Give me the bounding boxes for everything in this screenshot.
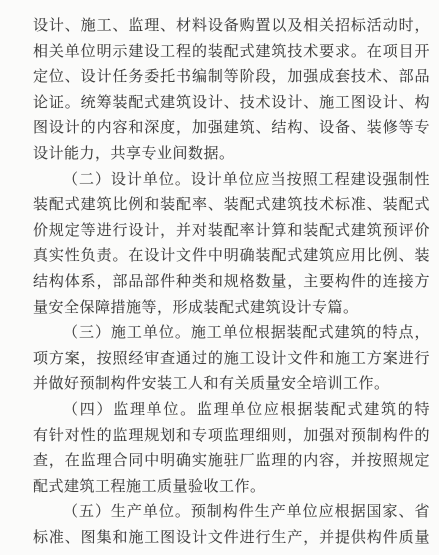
text-line: 图设计的内容和深度，加强建筑、结构、设备、装修等专业协同 <box>33 116 430 142</box>
item-2-design-unit: （二）设计单位。设计单位应当按照工程建设强制性标准、装配式建筑比例和装配率、装配… <box>33 168 430 322</box>
continuation-paragraph: 设计、施工、监理、材料设备购置以及相关招标活动时，应当向相关单位明示建设工程的装… <box>33 14 430 168</box>
text-line: 定位、设计任务委托书编制等阶段，加强成套技术、部品的集成 <box>33 65 430 91</box>
document-page: 设计、施工、监理、材料设备购置以及相关招标活动时，应当向相关单位明示建设工程的装… <box>0 0 439 555</box>
text-line: 价规定等进行设计，并对装配率计算和装配式建筑预评价结果的 <box>33 219 430 245</box>
text-line: 相关单位明示建设工程的装配式建筑技术要求。在项目开发策划 <box>33 40 430 66</box>
text-line: 真实性负责。在设计文件中明确装配式建筑应用比例、装配率、 <box>33 244 430 270</box>
item-5-production-unit: （五）生产单位。预制构件生产单位应根据国家、省的技术标准、图集和施工图设计文件进… <box>33 500 430 551</box>
text-line: （二）设计单位。设计单位应当按照工程建设强制性标准、 <box>33 168 430 194</box>
text-line: 查，在监理合同中明确实施驻厂监理的内容，并按照规定做好装 <box>33 449 430 475</box>
text-line: 装配式建筑比例和装配率、装配式建筑技术标准、装配式建筑评 <box>33 193 430 219</box>
text-line: （五）生产单位。预制构件生产单位应根据国家、省的技术 <box>33 500 430 526</box>
item-3-construction-unit: （三）施工单位。施工单位根据装配式建筑的特点，制订专项方案，按照经审查通过的施工… <box>33 321 430 398</box>
text-line: 量安全保障措施等，形成装配式建筑设计专篇。 <box>33 296 430 322</box>
text-line: （三）施工单位。施工单位根据装配式建筑的特点，制订专 <box>33 321 430 347</box>
item-4-supervision-unit: （四）监理单位。监理单位应根据装配式建筑的特点，编制有针对性的监理规划和专项监理… <box>33 398 430 500</box>
text-line: 标准、图集和施工图设计文件进行生产，并提供构件质量证明文 <box>33 526 430 552</box>
text-line: 项方案，按照经审查通过的施工设计文件和施工方案进行施工， <box>33 347 430 373</box>
text-line: 论证。统筹装配式建筑设计、技术设计、施工图设计、构件加工 <box>33 91 430 117</box>
document-text: 设计、施工、监理、材料设备购置以及相关招标活动时，应当向相关单位明示建设工程的装… <box>33 14 430 551</box>
text-line: 设计、施工、监理、材料设备购置以及相关招标活动时，应当向 <box>33 14 430 40</box>
text-line: 配式建筑工程施工质量验收工作。 <box>33 475 430 501</box>
text-line: 有针对性的监理规划和专项监理细则，加强对预制构件的监督检 <box>33 424 430 450</box>
text-line: 结构体系，部品部件种类和规格数量，主要构件的连接方式、质 <box>33 270 430 296</box>
text-line: （四）监理单位。监理单位应根据装配式建筑的特点，编制 <box>33 398 430 424</box>
text-line: 设计能力，共享专业间数据。 <box>33 142 430 168</box>
text-line: 并做好预制构件安装工人和有关质量安全培训工作。 <box>33 372 430 398</box>
